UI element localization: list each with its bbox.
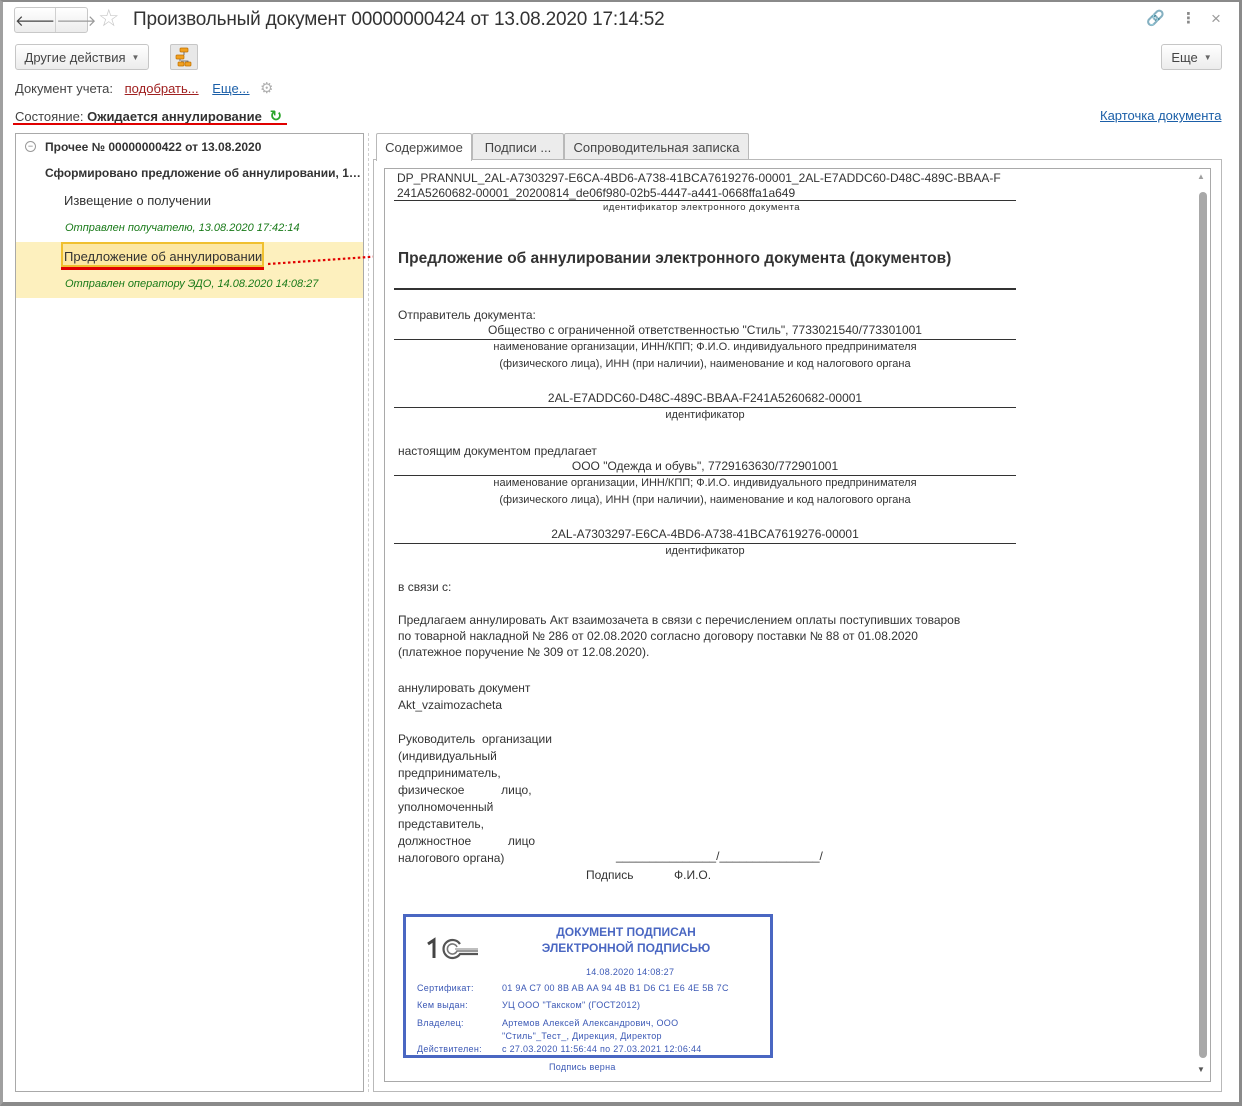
tab-cover-note[interactable]: Сопроводительная записка <box>564 133 749 160</box>
signer-line: (индивидуальный <box>398 748 497 764</box>
scroll-down-icon[interactable]: ▼ <box>1197 1065 1205 1074</box>
tab-content[interactable]: Содержимое <box>376 133 472 161</box>
hierarchy-icon <box>171 45 197 69</box>
arrow-right-icon: 🡒 <box>56 11 96 30</box>
document-heading: Предложение об аннулировании электронног… <box>398 250 951 268</box>
stamp-datetime: 14.08.2020 14:08:27 <box>586 967 674 977</box>
close-icon[interactable]: × <box>1211 10 1221 28</box>
reason-line: (платежное поручение № 309 от 12.08.2020… <box>398 644 649 660</box>
signature-blanks: _______________/_______________/ <box>616 848 823 864</box>
sender-value: Общество с ограниченной ответственностью… <box>394 323 1016 337</box>
org-caption-1: наименование организации, ИНН/КПП; Ф.И.О… <box>394 341 1016 353</box>
document-card-link[interactable]: Карточка документа <box>1100 108 1221 123</box>
owner-label: Владелец: <box>417 1018 464 1028</box>
scroll-up-icon[interactable]: ▲ <box>1197 172 1205 181</box>
tree-item-status: Отправлен получателю, 13.08.2020 17:42:1… <box>65 222 300 234</box>
issuer-value: УЦ ООО "Такском" (ГОСТ2012) <box>502 1000 640 1010</box>
annotation-underline <box>13 123 287 125</box>
signature-stamp: ДОКУМЕНТ ПОДПИСАН ЭЛЕКТРОННОЙ ПОДПИСЬЮ 1… <box>403 914 773 1058</box>
more-button[interactable]: Еще ▼ <box>1161 44 1222 70</box>
divider <box>394 475 1016 476</box>
accounting-document-field: Документ учета: подобрать... Еще... <box>15 81 250 96</box>
file-id-line-2: 241A5260682-00001_20200814_de06f980-02b5… <box>397 185 795 201</box>
reason-label: в связи с: <box>398 579 451 595</box>
divider <box>394 339 1016 340</box>
recipient-id: 2AL-A7303297-E6CA-4BD6-A738-41BCA7619276… <box>394 527 1016 541</box>
signature-verdict: Подпись верна <box>549 1062 616 1072</box>
document-structure-button[interactable] <box>170 44 198 70</box>
tree-root-item[interactable]: Прочее № 00000000422 от 13.08.2020 <box>45 140 261 154</box>
other-actions-button[interactable]: Другие действия ▼ <box>15 44 149 70</box>
certificate-label: Сертификат: <box>417 983 474 993</box>
annul-document: Akt_vzaimozacheta <box>398 697 502 713</box>
annul-label: аннулировать документ <box>398 680 530 696</box>
issuer-label: Кем выдан: <box>417 1000 468 1010</box>
annotation-underline <box>61 267 264 270</box>
reason-line: Предлагаем аннулировать Акт взаимозачета… <box>398 612 960 628</box>
signer-line: предприниматель, <box>398 765 501 781</box>
tree-group-item[interactable]: Сформировано предложение об аннулировани… <box>45 166 361 180</box>
proposes-label: настоящим документом предлагает <box>398 443 597 459</box>
org-caption-1: наименование организации, ИНН/КПП; Ф.И.О… <box>394 477 1016 489</box>
valid-value: с 27.03.2020 11:56:44 по 27.03.2021 12:0… <box>502 1044 702 1054</box>
tree-item-annulment-proposal[interactable]: Предложение об аннулировании <box>64 249 262 264</box>
reason-line: по товарной накладной № 286 от 02.08.202… <box>398 628 918 644</box>
valid-label: Действителен: <box>417 1044 482 1054</box>
id-caption: идентификатор <box>394 545 1016 557</box>
id-caption: идентификатор <box>394 409 1016 421</box>
collapse-icon[interactable]: − <box>25 141 36 152</box>
org-caption-2: (физического лица), ИНН (при наличии), н… <box>394 358 1016 370</box>
signer-line: Руководитель организации <box>398 731 552 747</box>
gear-icon[interactable]: ⚙ <box>260 79 273 97</box>
signer-line: уполномоченный <box>398 799 493 815</box>
chevron-down-icon: ▼ <box>1204 53 1212 62</box>
file-id-caption: идентификатор электронного документа <box>603 202 800 213</box>
divider <box>394 543 1016 544</box>
stamp-title-1: ДОКУМЕНТ ПОДПИСАН <box>526 925 726 939</box>
sender-label: Отправитель документа: <box>398 307 536 323</box>
state-label: Состояние: <box>15 109 83 124</box>
document-tree: − Прочее № 00000000422 от 13.08.2020 Сфо… <box>15 133 364 1092</box>
link-icon[interactable]: 🔗 <box>1146 10 1165 28</box>
panel-splitter[interactable] <box>368 133 369 1092</box>
signature-caption: Подпись <box>586 867 634 883</box>
certificate-value: 01 9A C7 00 8B AB AA 94 4B B1 D6 C1 E6 4… <box>502 983 729 993</box>
arrow-left-icon: 🡐 <box>15 11 55 30</box>
owner-value-1: Артемов Алексей Александрович, ООО <box>502 1018 678 1028</box>
fio-caption: Ф.И.О. <box>674 867 711 883</box>
back-button[interactable]: 🡐 <box>15 8 55 32</box>
divider <box>394 407 1016 408</box>
signer-line: налогового органа) <box>398 850 504 866</box>
chevron-down-icon: ▼ <box>132 53 140 62</box>
more-link[interactable]: Еще... <box>212 81 249 96</box>
more-label: Еще <box>1171 50 1197 65</box>
tree-item-receipt-notice[interactable]: Извещение о получении <box>64 193 211 208</box>
file-id-line-1: DP_PRANNUL_2AL-A7303297-E6CA-4BD6-A738-4… <box>397 170 1001 186</box>
signer-line: физическое лицо, <box>398 782 532 798</box>
recipient-value: ООО "Одежда и обувь", 7729163630/7729010… <box>394 459 1016 473</box>
scrollbar-thumb[interactable] <box>1199 192 1207 1058</box>
sender-id: 2AL-E7ADDC60-D48C-489C-BBAA-F241A5260682… <box>394 391 1016 405</box>
navigation-buttons: 🡐 🡒 <box>14 7 88 33</box>
window-title: Произвольный документ 00000000424 от 13.… <box>133 9 665 31</box>
favorite-star-icon[interactable]: ☆ <box>98 5 120 33</box>
owner-value-2: "Стиль"_Тест_, Дирекция, Директор <box>502 1031 662 1041</box>
divider <box>394 288 1016 290</box>
stamp-title-2: ЭЛЕКТРОННОЙ ПОДПИСЬЮ <box>526 941 726 955</box>
1c-logo-icon <box>426 936 482 962</box>
tree-item-status: Отправлен оператору ЭДО, 14.08.2020 14:0… <box>65 278 318 290</box>
signer-line: представитель, <box>398 816 484 832</box>
tab-signatures[interactable]: Подписи ... <box>472 133 564 160</box>
other-actions-label: Другие действия <box>25 50 126 65</box>
forward-button[interactable]: 🡒 <box>55 8 96 32</box>
more-menu-icon[interactable]: ⋮ <box>1181 10 1196 28</box>
state-value: Ожидается аннулирование <box>87 109 262 124</box>
accounting-document-label: Документ учета: <box>15 81 113 96</box>
org-caption-2: (физического лица), ИНН (при наличии), н… <box>394 494 1016 506</box>
signer-line: должностное лицо <box>398 833 535 849</box>
pick-link[interactable]: подобрать... <box>125 81 199 96</box>
divider <box>394 200 1016 201</box>
